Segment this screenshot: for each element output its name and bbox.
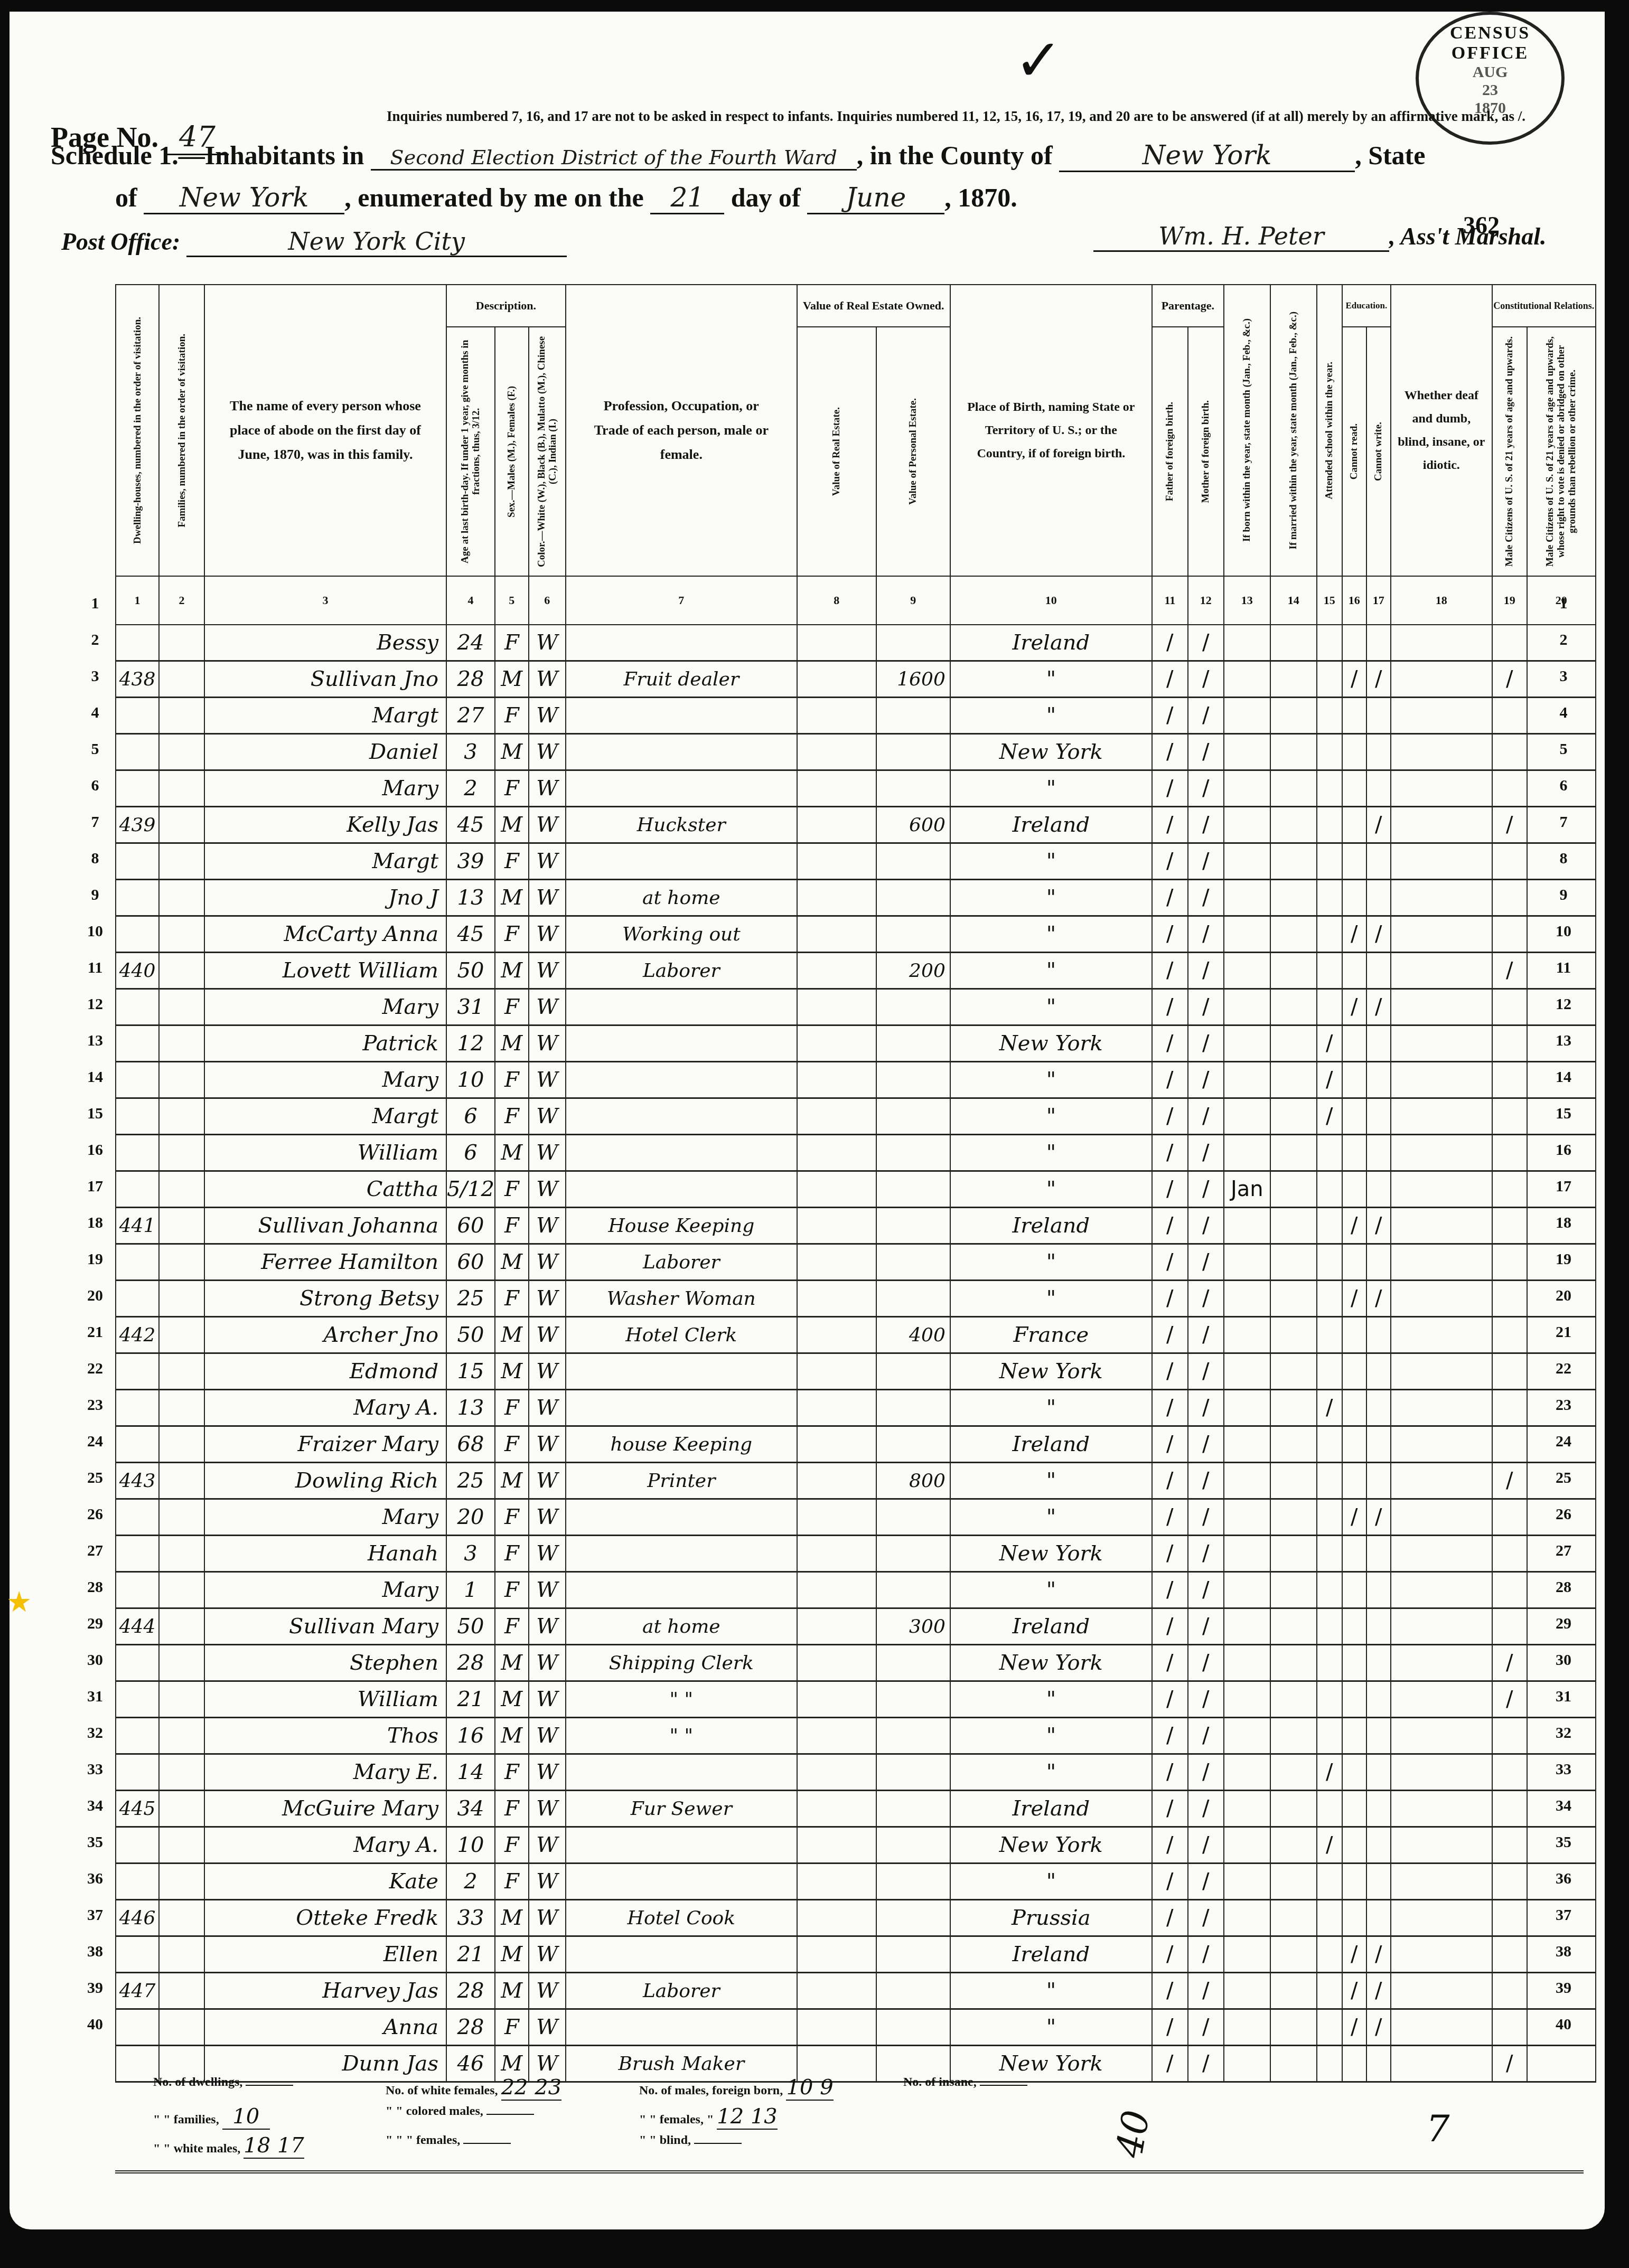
line-number: 22 (79, 1360, 111, 1378)
color: W (529, 1936, 566, 1973)
cannot-write-mark: / (1366, 1281, 1391, 1317)
family-number (159, 843, 204, 880)
line-number: 23 (1548, 1396, 1579, 1414)
dwelling-number: 439 (116, 807, 159, 843)
line-number: 8 (79, 850, 111, 868)
infirmity (1391, 1608, 1492, 1645)
mother-foreign-mark: / (1188, 1281, 1224, 1317)
family-number (159, 1317, 204, 1353)
enumerated-line: of New York, enumerated by me on the 21 … (115, 182, 1017, 214)
personal-estate-value (876, 1936, 950, 1973)
table-row: Thos16MW" ""// (116, 1718, 1596, 1754)
married-month (1270, 953, 1317, 989)
age: 39 (446, 843, 495, 880)
cannot-write-mark (1366, 1025, 1391, 1062)
married-month (1270, 698, 1317, 734)
mother-foreign-mark: / (1188, 1426, 1224, 1463)
dwelling-number (116, 1754, 159, 1791)
married-month (1270, 1062, 1317, 1098)
mother-foreign-mark: / (1188, 661, 1224, 698)
birthplace: Ireland (950, 1608, 1152, 1645)
infirmity (1391, 1353, 1492, 1390)
school-mark (1317, 1426, 1342, 1463)
sex: F (495, 1572, 529, 1608)
line-number: 31 (79, 1688, 111, 1706)
infirmity (1391, 1135, 1492, 1171)
line-number: 32 (79, 1724, 111, 1742)
line-number: 3 (1548, 667, 1579, 685)
cannot-read-mark (1342, 1390, 1366, 1426)
person-name: Lovett William (204, 953, 446, 989)
sex: M (495, 880, 529, 916)
personal-estate-value (876, 1499, 950, 1536)
occupation: House Keeping (566, 1208, 797, 1244)
color: W (529, 1208, 566, 1244)
cannot-read-mark (1342, 734, 1366, 770)
married-month (1270, 1718, 1317, 1754)
year: , 1870. (944, 183, 1017, 212)
real-estate-value (797, 807, 876, 843)
col-header-name: The name of every person whose place of … (204, 285, 446, 576)
citizen21-mark: / (1492, 661, 1527, 698)
citizen21-mark (1492, 1827, 1527, 1864)
school-mark (1317, 880, 1342, 916)
sex: M (495, 1463, 529, 1499)
married-month (1270, 1864, 1317, 1900)
age: 15 (446, 1353, 495, 1390)
father-foreign-mark: / (1152, 625, 1188, 661)
personal-estate-value (876, 1681, 950, 1718)
col-header-birthplace: Place of Birth, naming State or Territor… (950, 285, 1152, 576)
families-count: 10 (222, 2104, 270, 2130)
person-name: Sullivan Mary (204, 1608, 446, 1645)
real-estate-value (797, 916, 876, 953)
dwelling-number (116, 770, 159, 807)
cannot-write-mark (1366, 1681, 1391, 1718)
insane-count (980, 2085, 1027, 2086)
born-month (1224, 1353, 1270, 1390)
line-number: 1 (1548, 595, 1579, 613)
person-name: William (204, 1135, 446, 1171)
mother-foreign-mark: / (1188, 1754, 1224, 1791)
color: W (529, 698, 566, 734)
real-estate-value (797, 843, 876, 880)
cannot-read-mark (1342, 1791, 1366, 1827)
star-marker-icon: ★ (6, 1585, 32, 1618)
line-number: 4 (79, 704, 111, 722)
infirmity (1391, 1317, 1492, 1353)
cannot-write-mark (1366, 1827, 1391, 1864)
personal-estate-value: 200 (876, 953, 950, 989)
person-name: Margt (204, 1098, 446, 1135)
family-number (159, 734, 204, 770)
occupation (566, 625, 797, 661)
cannot-write-mark: / (1366, 661, 1391, 698)
father-foreign-mark: / (1152, 1827, 1188, 1864)
school-mark (1317, 1973, 1342, 2009)
citizen21-mark (1492, 2009, 1527, 2046)
age: 5/12 (446, 1171, 495, 1208)
post-office-label: Post Office: (61, 228, 180, 255)
age: 28 (446, 661, 495, 698)
married-month (1270, 625, 1317, 661)
color: W (529, 625, 566, 661)
foreign-females-label: " " females, " (639, 2113, 714, 2126)
cannot-write-mark (1366, 1536, 1391, 1572)
sex: M (495, 953, 529, 989)
line-number: 20 (79, 1287, 111, 1305)
cannot-write-mark: / (1366, 1973, 1391, 2009)
dwelling-number (116, 916, 159, 953)
married-month (1270, 770, 1317, 807)
cannot-read-mark (1342, 1536, 1366, 1572)
father-foreign-mark: / (1152, 807, 1188, 843)
mother-foreign-mark: / (1188, 1244, 1224, 1281)
family-number (159, 1098, 204, 1135)
age: 28 (446, 1645, 495, 1681)
family-number (159, 1718, 204, 1754)
line-number: 18 (1548, 1214, 1579, 1232)
birthplace: " (950, 698, 1152, 734)
line-number: 37 (1548, 1906, 1579, 1924)
color: W (529, 1681, 566, 1718)
line-number: 18 (79, 1214, 111, 1232)
citizen21-mark (1492, 1317, 1527, 1353)
family-number (159, 2009, 204, 2046)
color: W (529, 1281, 566, 1317)
citizen21-mark: / (1492, 1645, 1527, 1681)
foreign-males-count: 10 9 (786, 2075, 834, 2101)
group-header-parentage: Parentage. (1152, 285, 1224, 327)
citizen21-mark (1492, 1936, 1527, 1973)
born-month (1224, 770, 1270, 807)
cannot-write-mark (1366, 1317, 1391, 1353)
sex: M (495, 1900, 529, 1936)
age: 34 (446, 1791, 495, 1827)
col-header-father-foreign: Father of foreign birth. (1152, 327, 1188, 576)
father-foreign-mark: / (1152, 2009, 1188, 2046)
real-estate-value (797, 2009, 876, 2046)
real-estate-value (797, 989, 876, 1025)
real-estate-value (797, 1244, 876, 1281)
married-month (1270, 1681, 1317, 1718)
line-number: 4 (1548, 704, 1579, 722)
born-month (1224, 734, 1270, 770)
citizen21-mark (1492, 1353, 1527, 1390)
column-number: 7 (566, 576, 797, 625)
school-mark (1317, 843, 1342, 880)
family-number (159, 770, 204, 807)
father-foreign-mark: / (1152, 880, 1188, 916)
table-row: Anna28FW"//// (116, 2009, 1596, 2046)
sex: F (495, 1754, 529, 1791)
occupation: Huckster (566, 807, 797, 843)
age: 13 (446, 1390, 495, 1426)
married-month (1270, 916, 1317, 953)
family-number (159, 1353, 204, 1390)
line-number: 28 (79, 1578, 111, 1596)
color: W (529, 1135, 566, 1171)
dwelling-number: 447 (116, 1973, 159, 2009)
infirmity (1391, 770, 1492, 807)
family-number (159, 880, 204, 916)
line-number: 12 (1548, 995, 1579, 1013)
father-foreign-mark: / (1152, 2046, 1188, 2082)
dwelling-number (116, 1244, 159, 1281)
dwelling-number (116, 1025, 159, 1062)
born-month (1224, 1973, 1270, 2009)
birthplace: " (950, 1281, 1152, 1317)
of-label: of (115, 183, 137, 212)
occupation (566, 1754, 797, 1791)
district: Second Election District of the Fourth W… (371, 146, 857, 171)
mother-foreign-mark: / (1188, 1645, 1224, 1681)
occupation (566, 1062, 797, 1098)
mother-foreign-mark: / (1188, 698, 1224, 734)
personal-estate-value (876, 1244, 950, 1281)
family-number (159, 989, 204, 1025)
line-number: 5 (1548, 740, 1579, 758)
dwellings-count (246, 2085, 293, 2086)
age: 1 (446, 1572, 495, 1608)
sex: F (495, 1608, 529, 1645)
color: W (529, 1426, 566, 1463)
line-number: 10 (1548, 923, 1579, 940)
line-number: 5 (79, 740, 111, 758)
real-estate-value (797, 698, 876, 734)
col-header-citizen21: Male Citizens of U. S. of 21 years of ag… (1492, 327, 1527, 576)
birthplace: Ireland (950, 1208, 1152, 1244)
person-name: Jno J (204, 880, 446, 916)
person-name: Mary E. (204, 1754, 446, 1791)
group-header-constitutional: Constitutional Relations. (1492, 285, 1596, 327)
infirmity (1391, 734, 1492, 770)
color: W (529, 880, 566, 916)
birthplace: " (950, 916, 1152, 953)
cannot-read-mark (1342, 1754, 1366, 1791)
real-estate-value (797, 953, 876, 989)
sex: F (495, 916, 529, 953)
sex: F (495, 1791, 529, 1827)
family-number (159, 1062, 204, 1098)
school-mark (1317, 2046, 1342, 2082)
line-number: 19 (79, 1250, 111, 1268)
sex: F (495, 1062, 529, 1098)
real-estate-value (797, 1827, 876, 1864)
birthplace: France (950, 1317, 1152, 1353)
infirmity (1391, 1390, 1492, 1426)
column-number: 2 (159, 576, 204, 625)
line-number: 1 (79, 595, 111, 613)
birthplace: " (950, 1864, 1152, 1900)
birthplace: " (950, 2009, 1152, 2046)
mother-foreign-mark: / (1188, 916, 1224, 953)
real-estate-value (797, 1390, 876, 1426)
column-number: 15 (1317, 576, 1342, 625)
infirmity (1391, 989, 1492, 1025)
school-mark (1317, 2009, 1342, 2046)
column-number: 17 (1366, 576, 1391, 625)
line-number: 30 (1548, 1651, 1579, 1669)
citizen21-mark (1492, 770, 1527, 807)
occupation: Printer (566, 1463, 797, 1499)
born-month (1224, 1718, 1270, 1754)
family-number (159, 1936, 204, 1973)
line-number: 38 (1548, 1943, 1579, 1961)
personal-estate-value (876, 770, 950, 807)
cannot-write-mark (1366, 1718, 1391, 1754)
married-month (1270, 1353, 1317, 1390)
married-month (1270, 2009, 1317, 2046)
school-mark (1317, 698, 1342, 734)
col-header-infirmity: Whether deaf and dumb, blind, insane, or… (1391, 285, 1492, 576)
real-estate-value (797, 1608, 876, 1645)
married-month (1270, 1135, 1317, 1171)
age: 6 (446, 1135, 495, 1171)
school-mark (1317, 1244, 1342, 1281)
table-row: Cattha5/12FW"//Jan (116, 1171, 1596, 1208)
color: W (529, 953, 566, 989)
citizen21-mark (1492, 1973, 1527, 2009)
father-foreign-mark: / (1152, 770, 1188, 807)
real-estate-value (797, 1936, 876, 1973)
personal-estate-value: 1600 (876, 661, 950, 698)
school-mark (1317, 953, 1342, 989)
real-estate-value (797, 1499, 876, 1536)
age: 33 (446, 1900, 495, 1936)
color: W (529, 1098, 566, 1135)
sex: M (495, 1353, 529, 1390)
person-name: Sullivan Johanna (204, 1208, 446, 1244)
color: W (529, 661, 566, 698)
person-name: McCarty Anna (204, 916, 446, 953)
personal-estate-value (876, 1353, 950, 1390)
cannot-read-mark: / (1342, 1208, 1366, 1244)
color: W (529, 1900, 566, 1936)
born-month (1224, 1608, 1270, 1645)
cannot-write-mark: / (1366, 916, 1391, 953)
birthplace: " (950, 1973, 1152, 2009)
citizen21-mark (1492, 1171, 1527, 1208)
born-month (1224, 807, 1270, 843)
school-mark (1317, 1718, 1342, 1754)
cannot-read-mark (1342, 1171, 1366, 1208)
line-number: 20 (1548, 1287, 1579, 1305)
age: 27 (446, 698, 495, 734)
post-office-line: Post Office: New York City (61, 227, 567, 257)
dwelling-number (116, 1499, 159, 1536)
line-number: 39 (79, 1979, 111, 1997)
line-number: 30 (79, 1651, 111, 1669)
mother-foreign-mark: / (1188, 1098, 1224, 1135)
school-mark (1317, 1208, 1342, 1244)
cannot-write-mark (1366, 1645, 1391, 1681)
mother-foreign-mark: / (1188, 1536, 1224, 1572)
cannot-write-mark: / (1366, 1499, 1391, 1536)
real-estate-value (797, 625, 876, 661)
born-month (1224, 1864, 1270, 1900)
age: 12 (446, 1025, 495, 1062)
cannot-write-mark (1366, 734, 1391, 770)
born-month (1224, 1463, 1270, 1499)
age: 16 (446, 1718, 495, 1754)
person-name: Daniel (204, 734, 446, 770)
mother-foreign-mark: / (1188, 1025, 1224, 1062)
father-foreign-mark: / (1152, 1062, 1188, 1098)
born-month (1224, 1025, 1270, 1062)
birthplace: " (950, 1098, 1152, 1135)
sheet-number: 362 (1463, 211, 1500, 239)
citizen21-mark (1492, 843, 1527, 880)
citizen21-mark (1492, 1608, 1527, 1645)
occupation: Washer Woman (566, 1281, 797, 1317)
occupation: at home (566, 880, 797, 916)
birthplace: " (950, 989, 1152, 1025)
personal-estate-value (876, 1754, 950, 1791)
person-name: Bessy (204, 625, 446, 661)
cannot-read-mark: / (1342, 1281, 1366, 1317)
married-month (1270, 1098, 1317, 1135)
column-number: 6 (529, 576, 566, 625)
age: 68 (446, 1426, 495, 1463)
father-foreign-mark: / (1152, 1135, 1188, 1171)
infirmity (1391, 2009, 1492, 2046)
line-number: 9 (79, 886, 111, 904)
infirmity (1391, 1936, 1492, 1973)
school-mark (1317, 1536, 1342, 1572)
occupation: Hotel Clerk (566, 1317, 797, 1353)
infirmity (1391, 1426, 1492, 1463)
birthplace: " (950, 1135, 1152, 1171)
person-name: Margt (204, 698, 446, 734)
table-row: 440Lovett William50MWLaborer200"/// (116, 953, 1596, 989)
table-row: Margt6FW"/// (116, 1098, 1596, 1135)
families-label: " " families, (153, 2113, 219, 2126)
married-month (1270, 1645, 1317, 1681)
sex: F (495, 1281, 529, 1317)
mother-foreign-mark: / (1188, 1936, 1224, 1973)
family-number (159, 1208, 204, 1244)
birthplace: Ireland (950, 625, 1152, 661)
personal-estate-value (876, 1025, 950, 1062)
born-month (1224, 2046, 1270, 2082)
cannot-write-mark (1366, 843, 1391, 880)
birthplace: New York (950, 1025, 1152, 1062)
table-row: 447Harvey Jas28MWLaborer"//// (116, 1973, 1596, 2009)
col-header-school: Attended school within the year. (1317, 285, 1342, 576)
father-foreign-mark: / (1152, 1864, 1188, 1900)
age: 45 (446, 916, 495, 953)
person-name: McGuire Mary (204, 1791, 446, 1827)
family-number (159, 1572, 204, 1608)
table-row: Margt39FW"// (116, 843, 1596, 880)
scan-border-right (1605, 0, 1629, 2268)
cannot-read-mark (1342, 1608, 1366, 1645)
real-estate-value (797, 1208, 876, 1244)
citizen21-mark (1492, 916, 1527, 953)
cannot-read-mark: / (1342, 1973, 1366, 2009)
line-number: 37 (79, 1906, 111, 1924)
line-number: 11 (79, 959, 111, 977)
color: W (529, 2009, 566, 2046)
school-mark: / (1317, 1062, 1342, 1098)
dwelling-number (116, 1936, 159, 1973)
real-estate-value (797, 1900, 876, 1936)
dwelling-number (116, 734, 159, 770)
citizen21-mark (1492, 698, 1527, 734)
sex: F (495, 625, 529, 661)
cannot-write-mark (1366, 1900, 1391, 1936)
